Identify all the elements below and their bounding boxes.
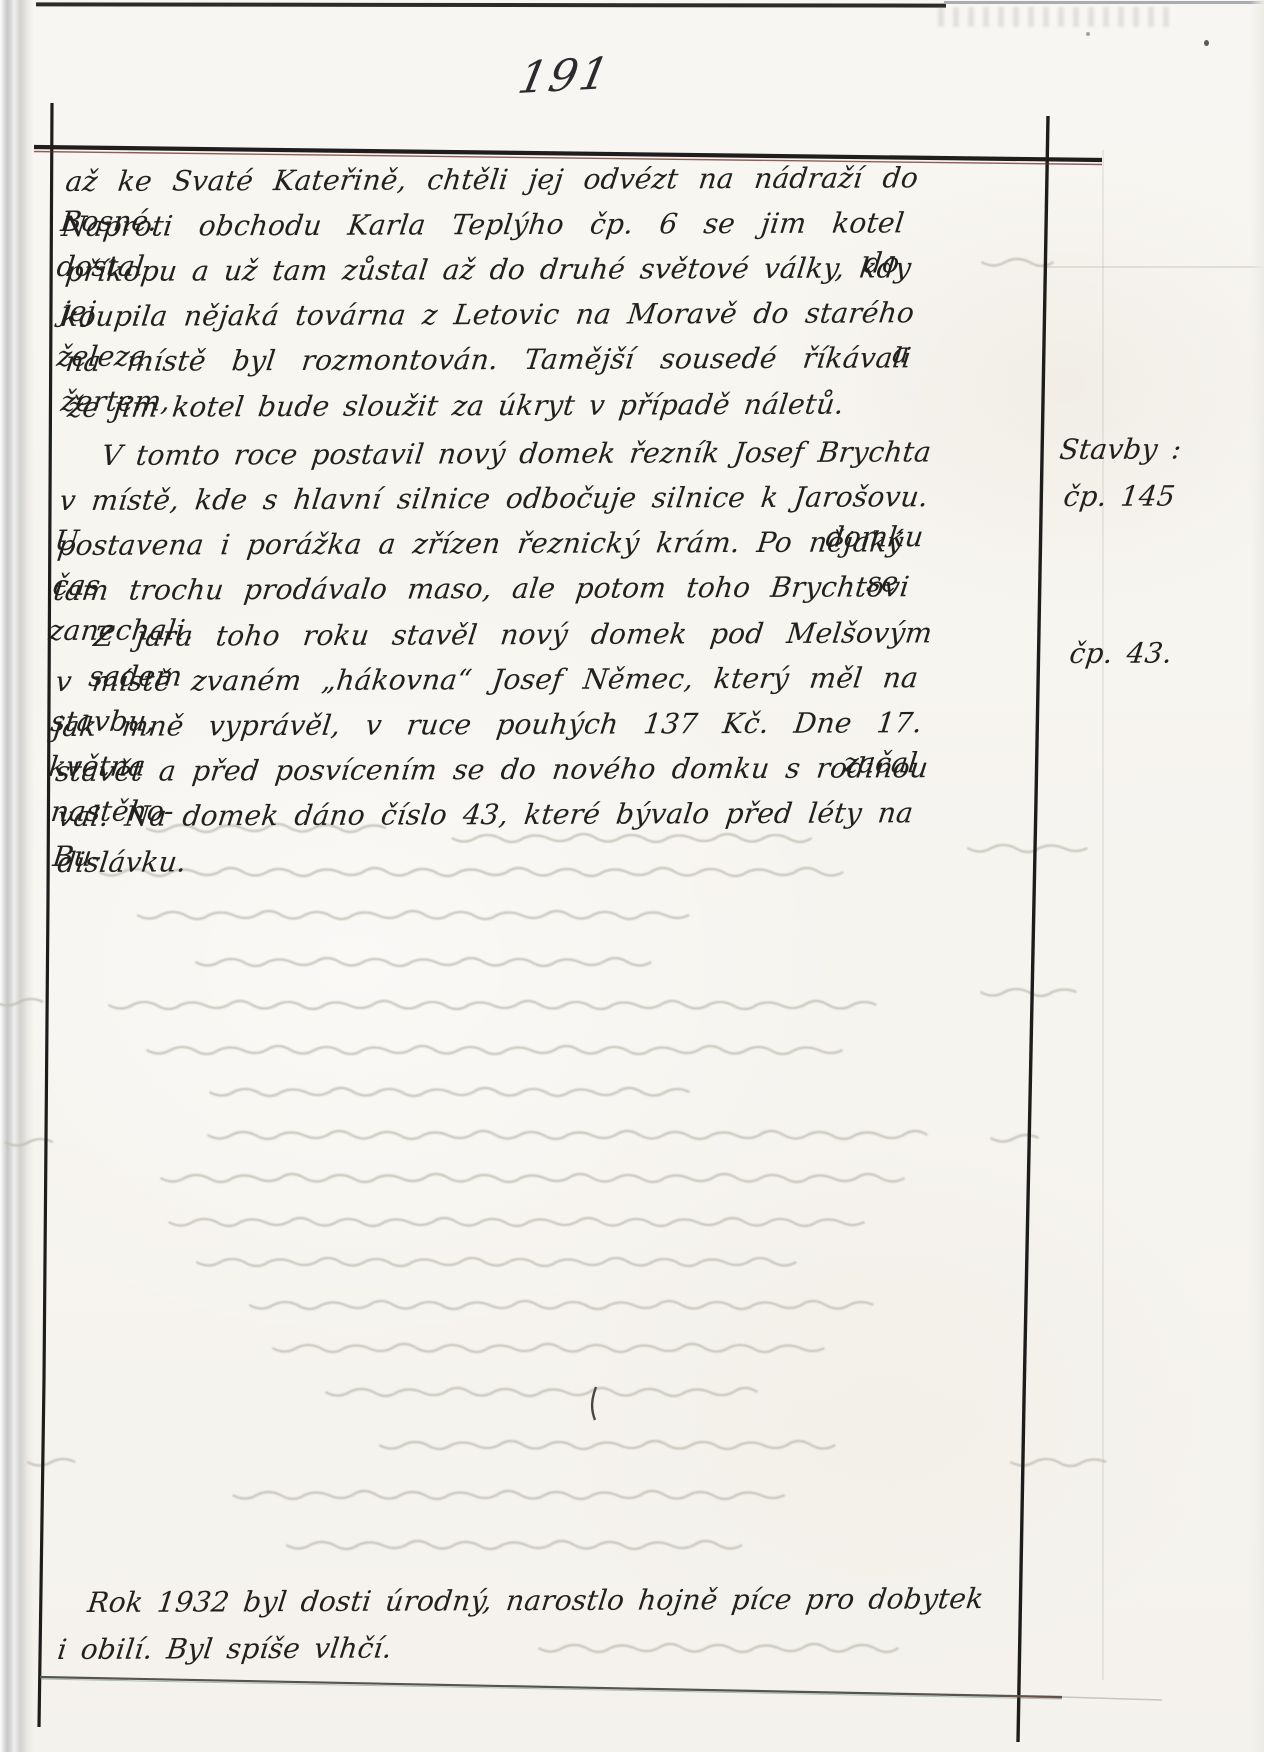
right-margin-rule: [1018, 116, 1048, 1742]
bleedthrough-ghost-line: [195, 958, 652, 966]
bleedthrough-ghost-line: [232, 1491, 785, 1499]
margin-note-stavby: Stavby :: [1057, 429, 1183, 470]
bleedthrough-ghost-line: [538, 1644, 899, 1652]
bleedthrough-ghost-line: [990, 1135, 1038, 1142]
bleedthrough-ghost-line: [108, 1001, 877, 1009]
margin-note-cp43: čp. 43.: [1067, 634, 1174, 674]
bleedthrough-ghost-line: [325, 1388, 758, 1396]
bottom-rule-faint-tail: [1062, 1697, 1162, 1700]
bleedthrough-ghost-line: [168, 1218, 865, 1226]
margin-note-cp145: čp. 145: [1061, 477, 1177, 517]
bleedthrough-ghost-line: [272, 1344, 825, 1352]
bleedthrough-ghost-line: [207, 1131, 928, 1139]
bleedthrough-ghost-line: [209, 1088, 690, 1096]
bleedthrough-ghost-line: [27, 1459, 75, 1466]
bottom-rule: [40, 1677, 1062, 1697]
left-margin-rule: [39, 103, 52, 1727]
bleedthrough-ghost-line: [981, 259, 1053, 266]
bleedthrough-ghost-line: [286, 1541, 743, 1549]
bottom-rule-fringe-teal: [40, 1679, 1062, 1699]
bleedthrough-ghost-line: [137, 911, 690, 919]
bleedthrough-ghost-line: [0, 999, 43, 1006]
page-number: 191: [514, 48, 615, 104]
bleedthrough-ghost-line: [379, 1441, 836, 1449]
handwritten-line: V tomto roce postavil nový domek řezník …: [99, 432, 933, 476]
handwritten-line: že jim kotel bude sloužit za úkryt v pří…: [65, 385, 846, 428]
bleedthrough-ghost-line: [980, 989, 1076, 996]
handwritten-line: i obilí. Byl spíše vlhčí.: [55, 1629, 394, 1670]
bleedthrough-ghost-line: [146, 1046, 843, 1054]
bleedthrough-ghost-line: [160, 1174, 905, 1182]
handwritten-line: dislávku.: [55, 842, 188, 883]
bleedthrough-ghost-line: [249, 1301, 874, 1309]
handwritten-line: Rok 1932 byl dosti úrodný, narostlo hojn…: [85, 1579, 986, 1623]
bleedthrough-ghost-line: [196, 1258, 797, 1266]
chronicle-page-scan: 191 až ke Svaté Kateřině, chtěli jej odv…: [0, 0, 1264, 1752]
bleedthrough-ghost-line: [967, 845, 1087, 852]
ink-stray-mark: [592, 1387, 596, 1420]
